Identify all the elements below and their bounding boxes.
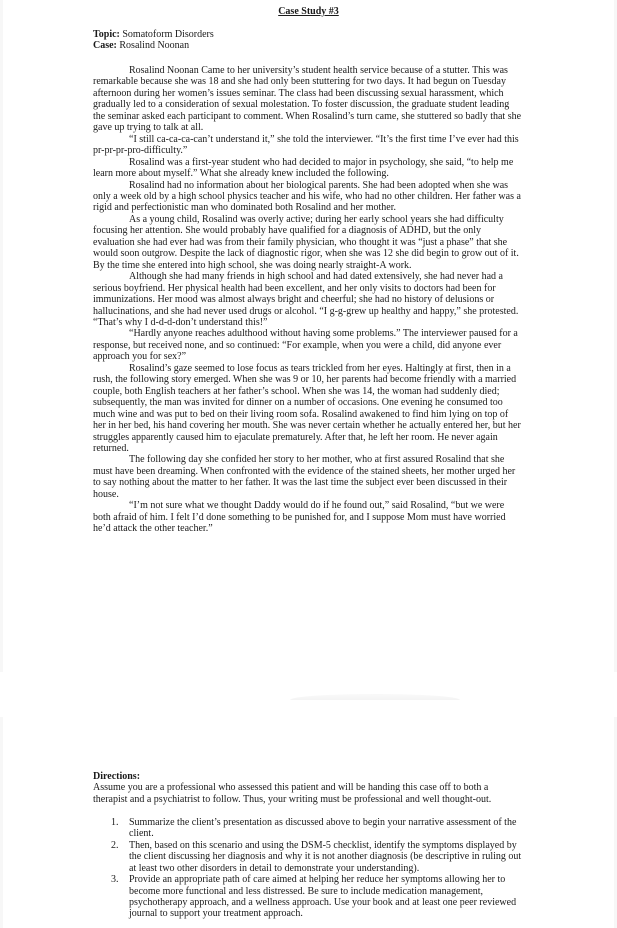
task-text: Provide an appropriate path of care aime… xyxy=(129,874,516,919)
directions-intro: Assume you are a professional who assess… xyxy=(93,782,523,805)
paragraph: “I still ca-ca-ca-can’t understand it,” … xyxy=(93,134,523,157)
task-text: Then, based on this scenario and using t… xyxy=(129,840,521,874)
paragraph: Rosalind’s gaze seemed to lose focus as … xyxy=(93,363,523,455)
paragraph: Rosalind Noonan Came to her university’s… xyxy=(93,65,523,134)
case-value: Rosalind Noonan xyxy=(119,40,189,51)
task-number: 3. xyxy=(111,874,119,885)
directions-heading: Directions: xyxy=(93,771,523,782)
paragraph: “Hardly anyone reaches adulthood without… xyxy=(93,328,523,362)
document-title: Case Study #3 xyxy=(0,6,617,18)
case-label: Case: xyxy=(93,40,117,51)
task-text: Summarize the client’s presentation as d… xyxy=(129,817,516,839)
paragraph: Rosalind was a first-year student who ha… xyxy=(93,157,523,180)
paragraph: The following day she confided her story… xyxy=(93,454,523,500)
topic-value: Somatoform Disorders xyxy=(122,29,213,40)
task-list: 1. Summarize the client’s presentation a… xyxy=(93,817,523,920)
case-narrative: Rosalind Noonan Came to her university’s… xyxy=(93,65,523,535)
task-item: 2. Then, based on this scenario and usin… xyxy=(93,840,523,874)
task-item: 1. Summarize the client’s presentation a… xyxy=(93,817,523,840)
task-number: 1. xyxy=(111,817,119,828)
paragraph: As a young child, Rosalind was overly ac… xyxy=(93,214,523,271)
task-number: 2. xyxy=(111,840,119,851)
topic-line: Topic: Somatoform Disorders xyxy=(93,29,523,40)
topic-label: Topic: xyxy=(93,29,120,40)
directions-section: Directions: Assume you are a professiona… xyxy=(93,771,523,920)
page-break-shadow xyxy=(290,694,460,700)
paragraph: Rosalind had no information about her bi… xyxy=(93,180,523,214)
task-item: 3. Provide an appropriate path of care a… xyxy=(93,874,523,920)
case-meta: Topic: Somatoform Disorders Case: Rosali… xyxy=(93,29,523,52)
paragraph: “I’m not sure what we thought Daddy woul… xyxy=(93,500,523,534)
case-line: Case: Rosalind Noonan xyxy=(93,40,523,51)
paragraph: Although she had many friends in high sc… xyxy=(93,271,523,328)
